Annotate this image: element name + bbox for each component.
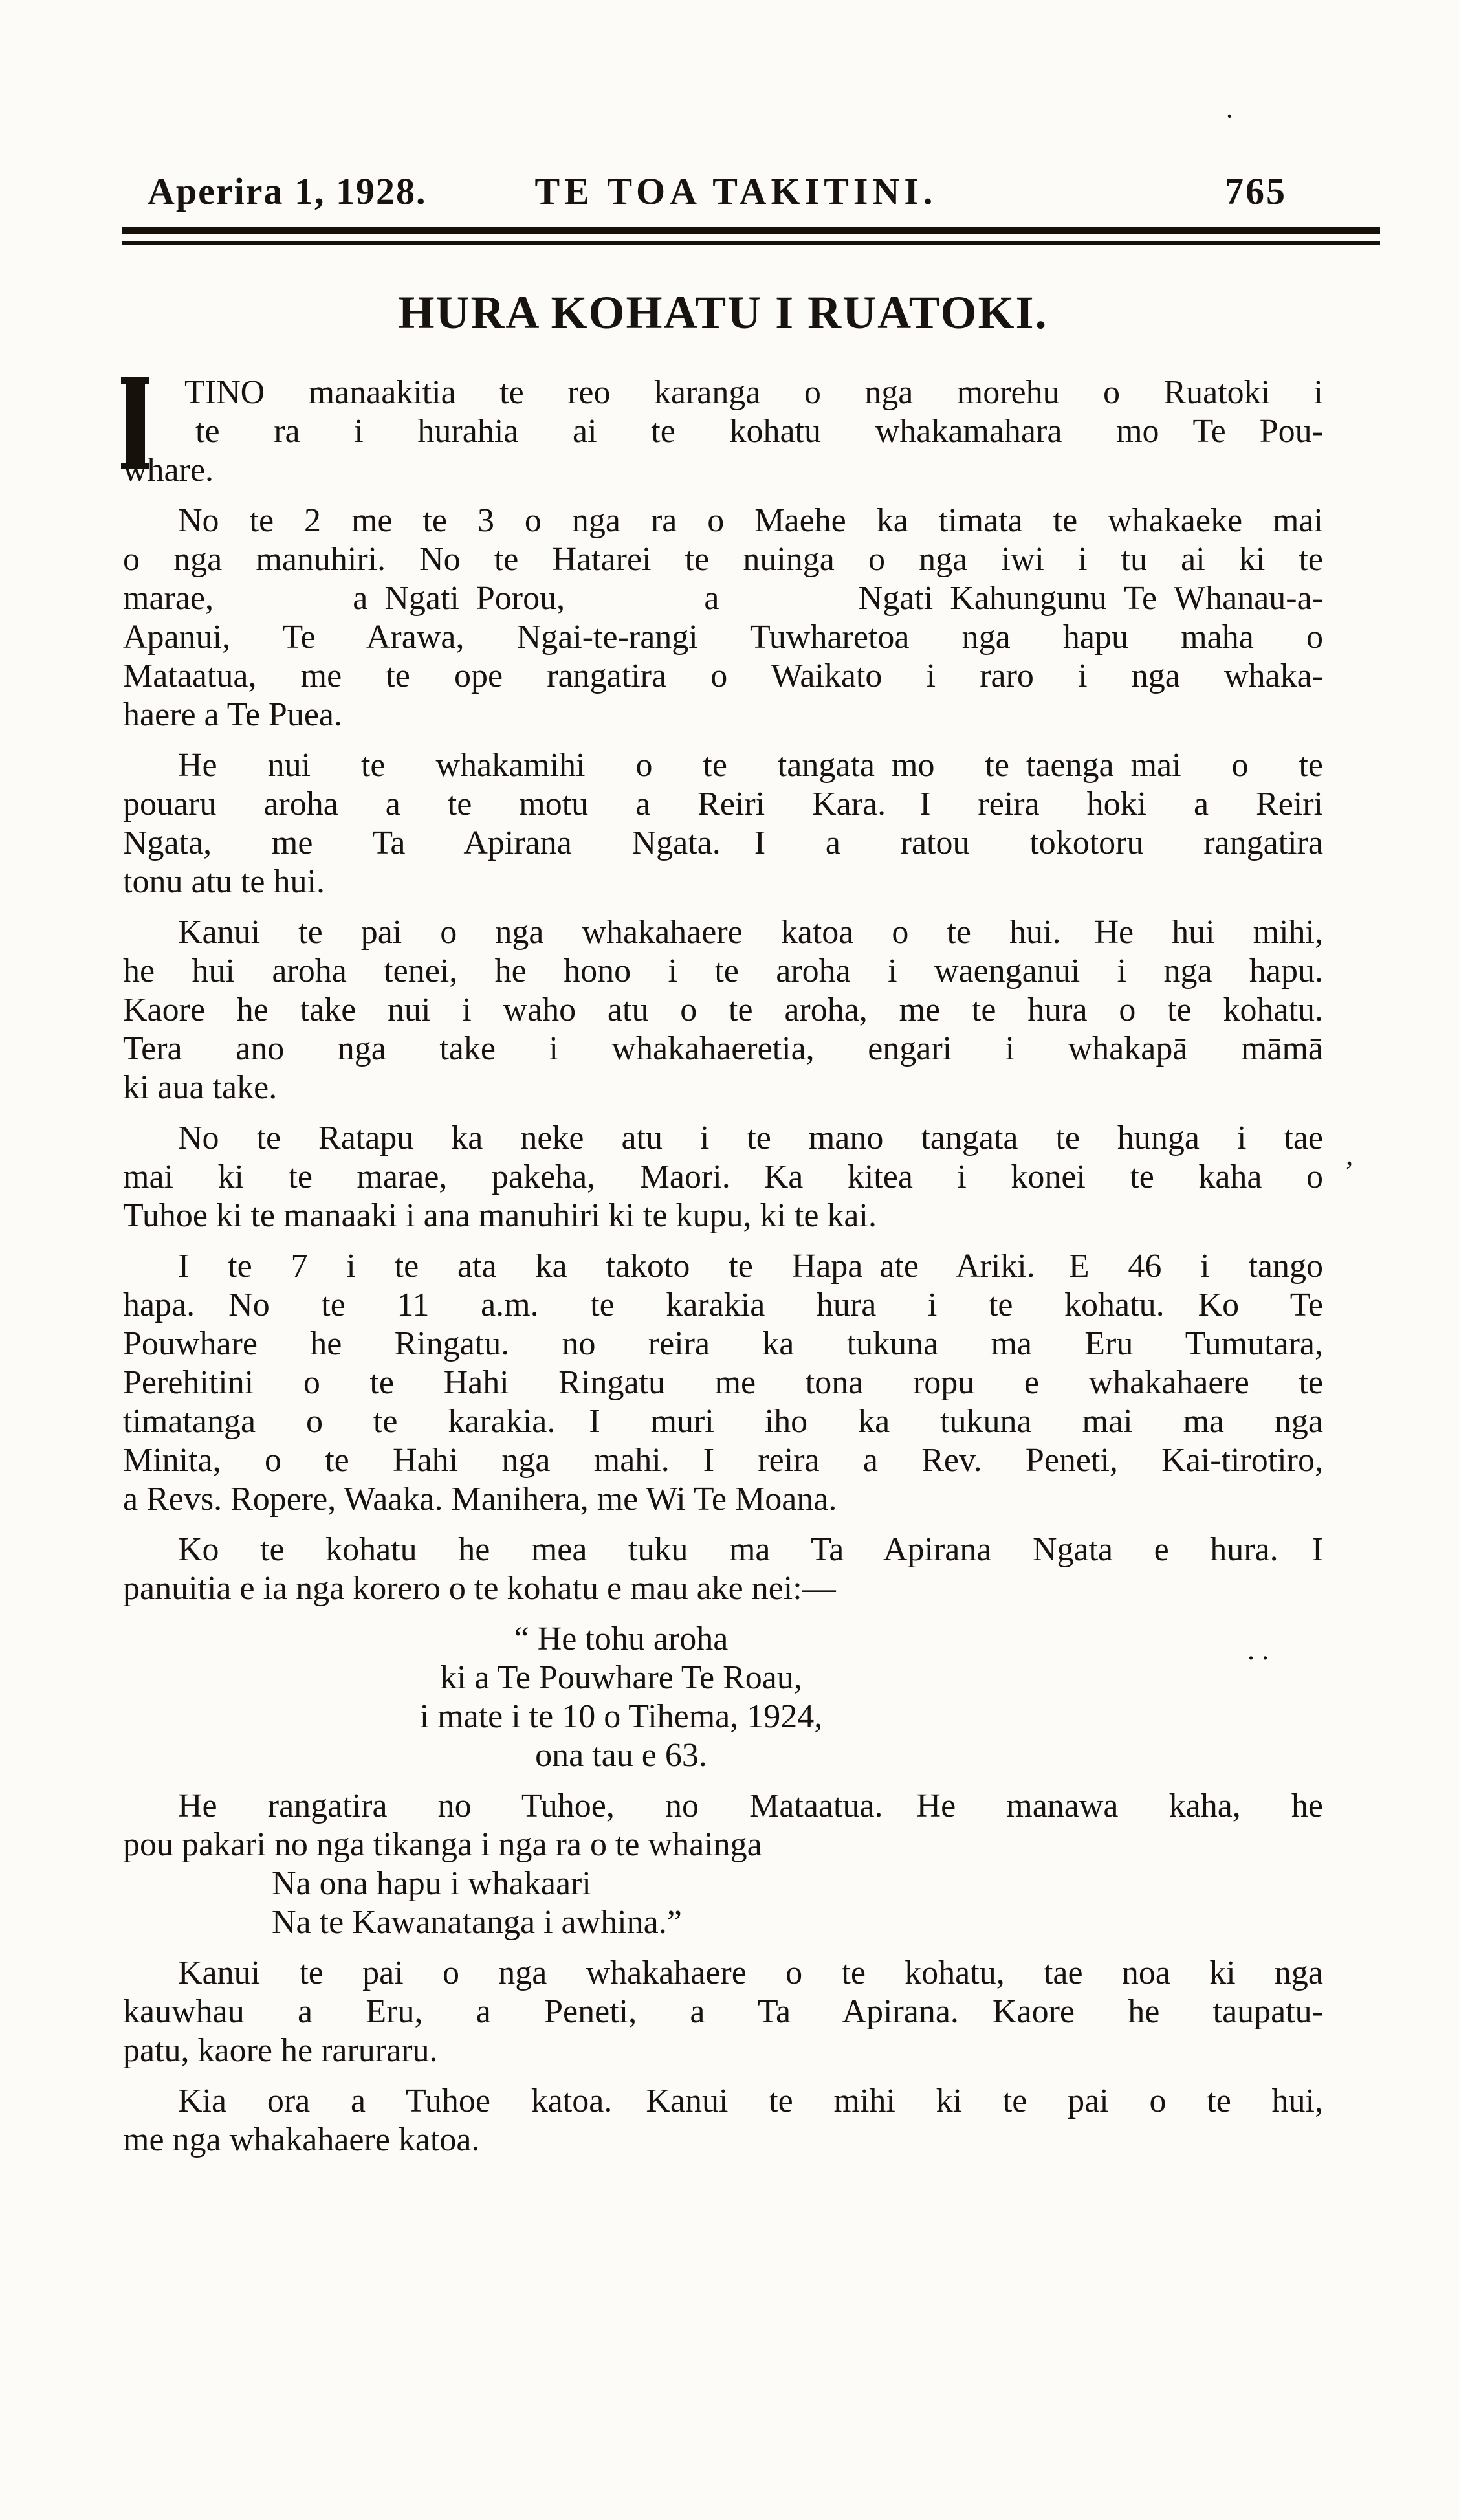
page-number: 765	[1225, 170, 1287, 213]
text-line: timatanga o te karakia. I muri iho ka tu…	[123, 1402, 1323, 1441]
paragraph-9: Kanui te pai o nga whakahaere o te kohat…	[123, 1954, 1323, 2070]
text-line: I te 7 i te ata ka takoto te Hapa ate Ar…	[178, 1247, 1323, 1286]
text-line: te ra i hurahia ai te kohatu whakamahara…	[195, 412, 1323, 451]
text-line: He nui te whakamihi o te tangata mo te t…	[178, 746, 1323, 785]
text-line: Ko te kohatu he mea tuku ma Ta Apirana N…	[178, 1531, 1323, 1569]
text-line: Kanui te pai o nga whakahaere o te kohat…	[178, 1954, 1323, 1993]
text-line: Perehitini o te Hahi Ringatu me tona rop…	[123, 1364, 1323, 1402]
text-line: marae, a Ngati Porou, a Ngati Kahungunu …	[123, 579, 1323, 618]
text-line: whare.	[123, 451, 1323, 490]
text-line: No te 2 me te 3 o nga ra o Maehe ka tima…	[178, 502, 1323, 540]
text-line: he hui aroha tenei, he hono i te aroha i…	[123, 952, 1323, 991]
text-line: No te Ratapu ka neke atu i te mano tanga…	[178, 1119, 1323, 1158]
text-line: ki a Te Pouwhare Te Roau,	[123, 1659, 1119, 1697]
text-line: o nga manuhiri. No te Hatarei te nuinga …	[123, 540, 1323, 579]
text-line: haere a Te Puea.	[123, 696, 1323, 735]
memorial-verse: “ He tohu arohaki a Te Pouwhare Te Roau,…	[123, 1620, 1119, 1775]
article-body: ITINO manaakitia te reo karanga o nga mo…	[123, 373, 1323, 2160]
text-line: Tuhoe ki te manaaki i ana manuhiri ki te…	[123, 1197, 1323, 1235]
text-line: Kia ora a Tuhoe katoa. Kanui te mihi ki …	[178, 2082, 1323, 2121]
ink-speck: ·	[1225, 102, 1234, 131]
header-rule-thick	[122, 227, 1380, 234]
text-line: Mataatua, me te ope rangatira o Waikato …	[123, 657, 1323, 696]
text-line: ona tau e 63.	[123, 1736, 1119, 1775]
text-line: pou pakari no nga tikanga i nga ra o te …	[123, 1826, 1323, 1864]
text-line: TINO manaakitia te reo karanga o nga mor…	[184, 373, 1323, 412]
masthead-title: TE TOA TAKITINI.	[136, 170, 1336, 213]
text-line: Na te Kawanatanga i awhina.”	[272, 1903, 1323, 1942]
text-line: patu, kaore he raruraru.	[123, 2031, 1323, 2070]
paragraph-10: Kia ora a Tuhoe katoa. Kanui te mihi ki …	[123, 2082, 1323, 2160]
paragraph-5: No te Ratapu ka neke atu i te mano tanga…	[123, 1119, 1323, 1235]
drop-cap-letter: I	[126, 377, 145, 469]
text-line: He rangatira no Tuhoe, no Mataatua. He m…	[178, 1787, 1323, 1826]
text-line: me nga whakahaere katoa.	[123, 2121, 1323, 2160]
text-line: pouaru aroha a te motu a Reiri Kara. I r…	[123, 785, 1323, 824]
text-line: Ngata, me Ta Apirana Ngata. I a ratou to…	[123, 824, 1323, 863]
article-title: HURA KOHATU I RUATOKI.	[123, 285, 1323, 340]
scanned-newspaper-page: Aperira 1, 1928. TE TOA TAKITINI. 765 HU…	[0, 0, 1459, 2520]
text-line: Kanui te pai o nga whakahaere katoa o te…	[178, 913, 1323, 952]
header-rule-thin	[122, 241, 1380, 245]
paragraph-opening: ITINO manaakitia te reo karanga o nga mo…	[123, 373, 1323, 490]
paragraph-4: Kanui te pai o nga whakahaere katoa o te…	[123, 913, 1323, 1107]
text-line: kauwhau a Eru, a Peneti, a Ta Apirana. K…	[123, 1993, 1323, 2031]
paragraph-3: He nui te whakamihi o te tangata mo te t…	[123, 746, 1323, 901]
text-line: Na ona hapu i whakaari	[272, 1864, 1323, 1903]
text-line: Apanui, Te Arawa, Ngai-te-rangi Tuwharet…	[123, 618, 1323, 657]
text-line: Kaore he take nui i waho atu o te aroha,…	[123, 991, 1323, 1030]
article: HURA KOHATU I RUATOKI. ITINO manaakitia …	[123, 285, 1323, 2160]
paragraph-7: Ko te kohatu he mea tuku ma Ta Apirana N…	[123, 1531, 1323, 1608]
text-line: Pouwhare he Ringatu. no reira ka tukuna …	[123, 1325, 1323, 1364]
text-line: tonu atu te hui.	[123, 863, 1323, 901]
text-line: Tera ano nga take i whakahaeretia, engar…	[123, 1030, 1323, 1068]
paragraph-8: He rangatira no Tuhoe, no Mataatua. He m…	[123, 1787, 1323, 1942]
paragraph-6: I te 7 i te ata ka takoto te Hapa ate Ar…	[123, 1247, 1323, 1519]
paragraph-2: No te 2 me te 3 o nga ra o Maehe ka tima…	[123, 502, 1323, 735]
text-line: mai ki te marae, pakeha, Maori. Ka kitea…	[123, 1158, 1323, 1197]
text-line: ki aua take.	[123, 1068, 1323, 1107]
ink-speck: ’	[1344, 1157, 1354, 1186]
text-line: i mate i te 10 o Tihema, 1924,	[123, 1697, 1119, 1736]
text-line: a Revs. Ropere, Waaka. Manihera, me Wi T…	[123, 1480, 1323, 1519]
text-line: panuitia e ia nga korero o te kohatu e m…	[123, 1569, 1323, 1608]
text-line: “ He tohu aroha	[123, 1620, 1119, 1659]
running-head: Aperira 1, 1928. TE TOA TAKITINI. 765	[0, 170, 1459, 215]
ink-speck: . .	[1247, 1636, 1269, 1664]
text-line: Minita, o te Hahi nga mahi. I reira a Re…	[123, 1441, 1323, 1480]
text-line: hapa. No te 11 a.m. te karakia hura i te…	[123, 1286, 1323, 1325]
